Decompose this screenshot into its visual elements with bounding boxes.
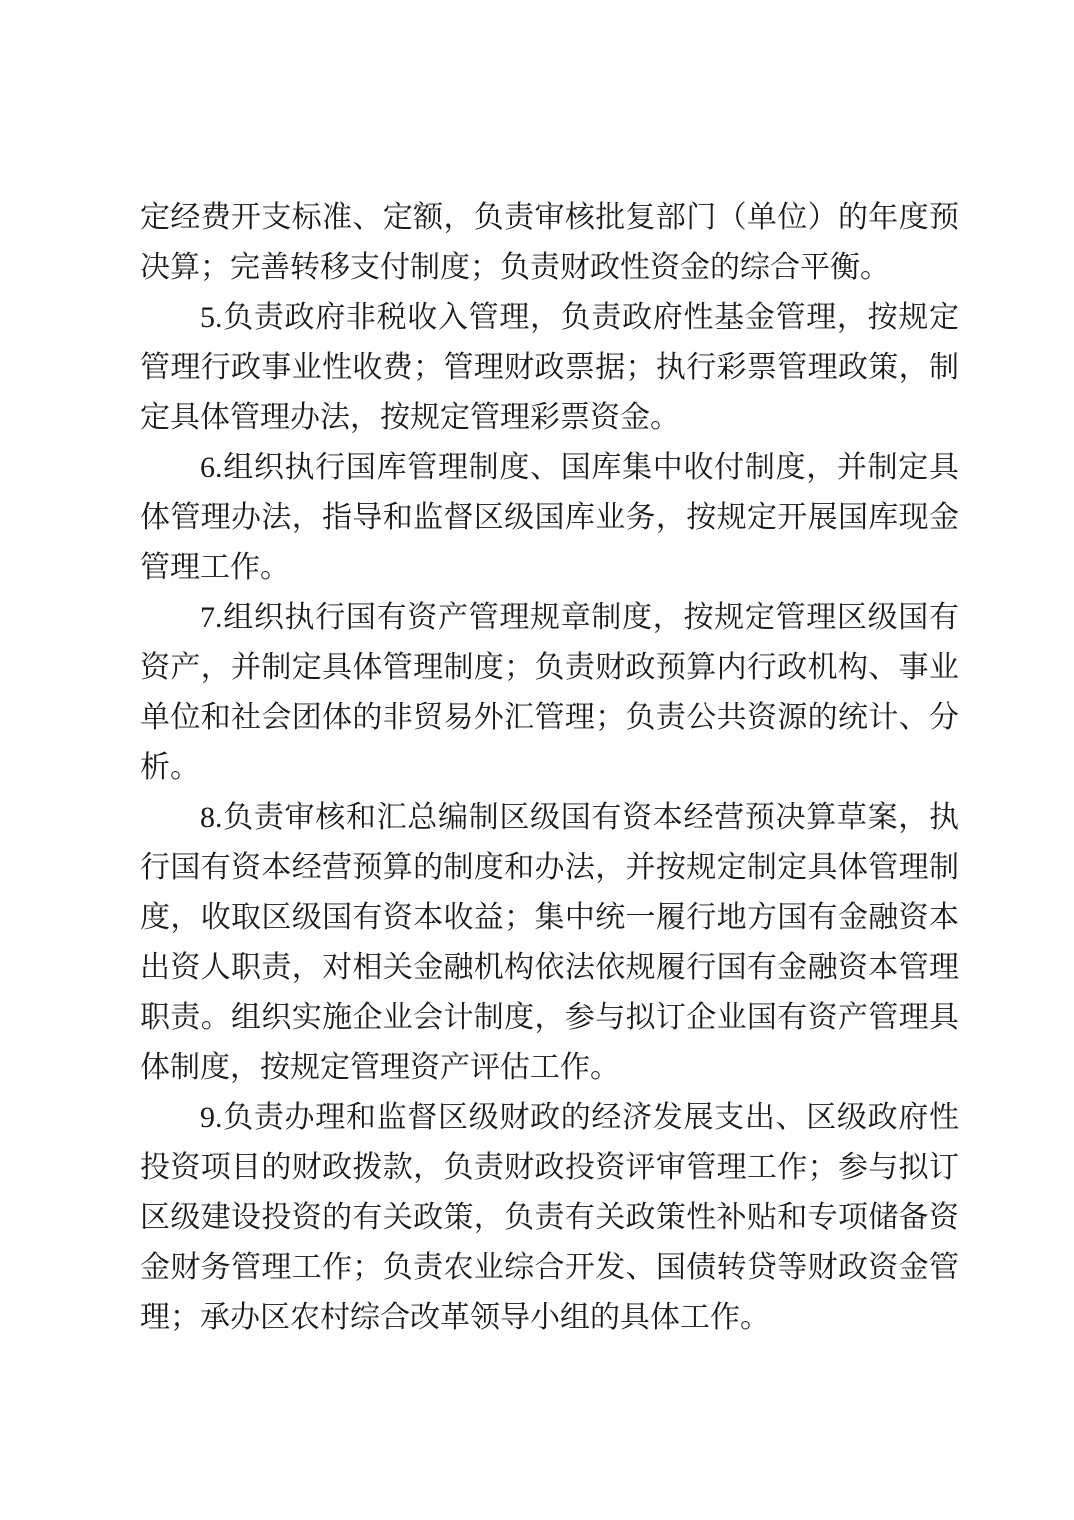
paragraph-item-9: 9.负责办理和监督区级财政的经济发展支出、区级政府性投资项目的财政拨款，负责财政… (140, 1093, 959, 1343)
paragraph-item-8: 8.负责审核和汇总编制区级国有资本经营预决算草案，执行国有资本经营预算的制度和办… (140, 793, 959, 1093)
paragraph-item-5: 5.负责政府非税收入管理，负责政府性基金管理，按规定管理行政事业性收费；管理财政… (140, 293, 959, 443)
paragraph-continuation: 定经费开支标准、定额，负责审核批复部门（单位）的年度预决算；完善转移支付制度；负… (140, 193, 959, 293)
document-body: 定经费开支标准、定额，负责审核批复部门（单位）的年度预决算；完善转移支付制度；负… (140, 193, 959, 1343)
document-page: 定经费开支标准、定额，负责审核批复部门（单位）的年度预决算；完善转移支付制度；负… (0, 0, 1074, 1520)
paragraph-item-7: 7.组织执行国有资产管理规章制度，按规定管理区级国有资产，并制定具体管理制度；负… (140, 593, 959, 793)
paragraph-item-6: 6.组织执行国库管理制度、国库集中收付制度，并制定具体管理办法，指导和监督区级国… (140, 443, 959, 593)
